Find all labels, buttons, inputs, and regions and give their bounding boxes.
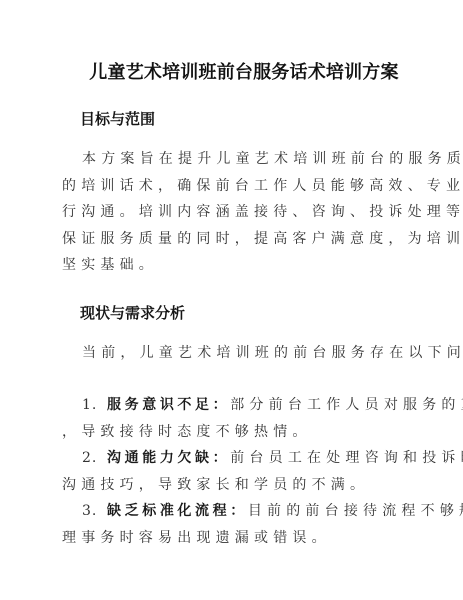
- list-number: 3.: [82, 503, 97, 519]
- list-item-2-line-2: 沟通技巧，导致家长和学员的不满。: [62, 472, 406, 499]
- paragraph-line: 的培训话术，确保前台工作人员能够高效、专业地与家长和学员进: [62, 173, 406, 200]
- list-item-text: 部分前台工作人员对服务的重要性认识不够: [230, 397, 463, 413]
- document-page: 儿童艺术培训班前台服务话术培训方案 目标与范围 本方案旨在提升儿童艺术培训班前台…: [0, 0, 463, 600]
- list-item-1-line-2: ，导致接待时态度不够热情。: [62, 419, 406, 446]
- section-heading-goals-scope: 目标与范围: [80, 108, 155, 129]
- list-item-title: 服务意识不足：: [107, 397, 230, 413]
- list-number: 2.: [82, 450, 97, 466]
- section-heading-status-analysis: 现状与需求分析: [80, 302, 185, 323]
- list-item-title: 缺乏标准化流程：: [107, 503, 248, 519]
- document-title: 儿童艺术培训班前台服务话术培训方案: [0, 58, 463, 84]
- problem-list: 1. 服务意识不足：部分前台工作人员对服务的重要性认识不够 ，导致接待时态度不够…: [62, 392, 406, 551]
- paragraph-line: 坚实基础。: [62, 252, 406, 279]
- list-item-3-line-2: 理事务时容易出现遗漏或错误。: [62, 525, 406, 552]
- status-intro: 当前，儿童艺术培训班的前台服务存在以下问题：: [62, 340, 406, 367]
- goals-scope-paragraph: 本方案旨在提升儿童艺术培训班前台的服务质量，通过系统化 的培训话术，确保前台工作…: [62, 146, 406, 279]
- list-item-text: 目前的前台接待流程不够规范，员工在处: [248, 503, 463, 519]
- list-number: 1.: [82, 397, 97, 413]
- list-item-2-line-1: 2. 沟通能力欠缺：前台员工在处理咨询和投诉时，缺乏有效的: [62, 445, 406, 472]
- paragraph-line: 行沟通。培训内容涵盖接待、咨询、投诉处理等多个方面，力求在: [62, 199, 406, 226]
- paragraph-line: 保证服务质量的同时，提高客户满意度，为培训班的长期发展打下: [62, 226, 406, 253]
- list-item-1-line-1: 1. 服务意识不足：部分前台工作人员对服务的重要性认识不够: [62, 392, 406, 419]
- list-item-3-line-1: 3. 缺乏标准化流程：目前的前台接待流程不够规范，员工在处: [62, 498, 406, 525]
- intro-line: 当前，儿童艺术培训班的前台服务存在以下问题：: [62, 340, 406, 367]
- list-item-text: 前台员工在处理咨询和投诉时，缺乏有效的: [230, 450, 463, 466]
- list-item-title: 沟通能力欠缺：: [107, 450, 230, 466]
- paragraph-line: 本方案旨在提升儿童艺术培训班前台的服务质量，通过系统化: [62, 146, 406, 173]
